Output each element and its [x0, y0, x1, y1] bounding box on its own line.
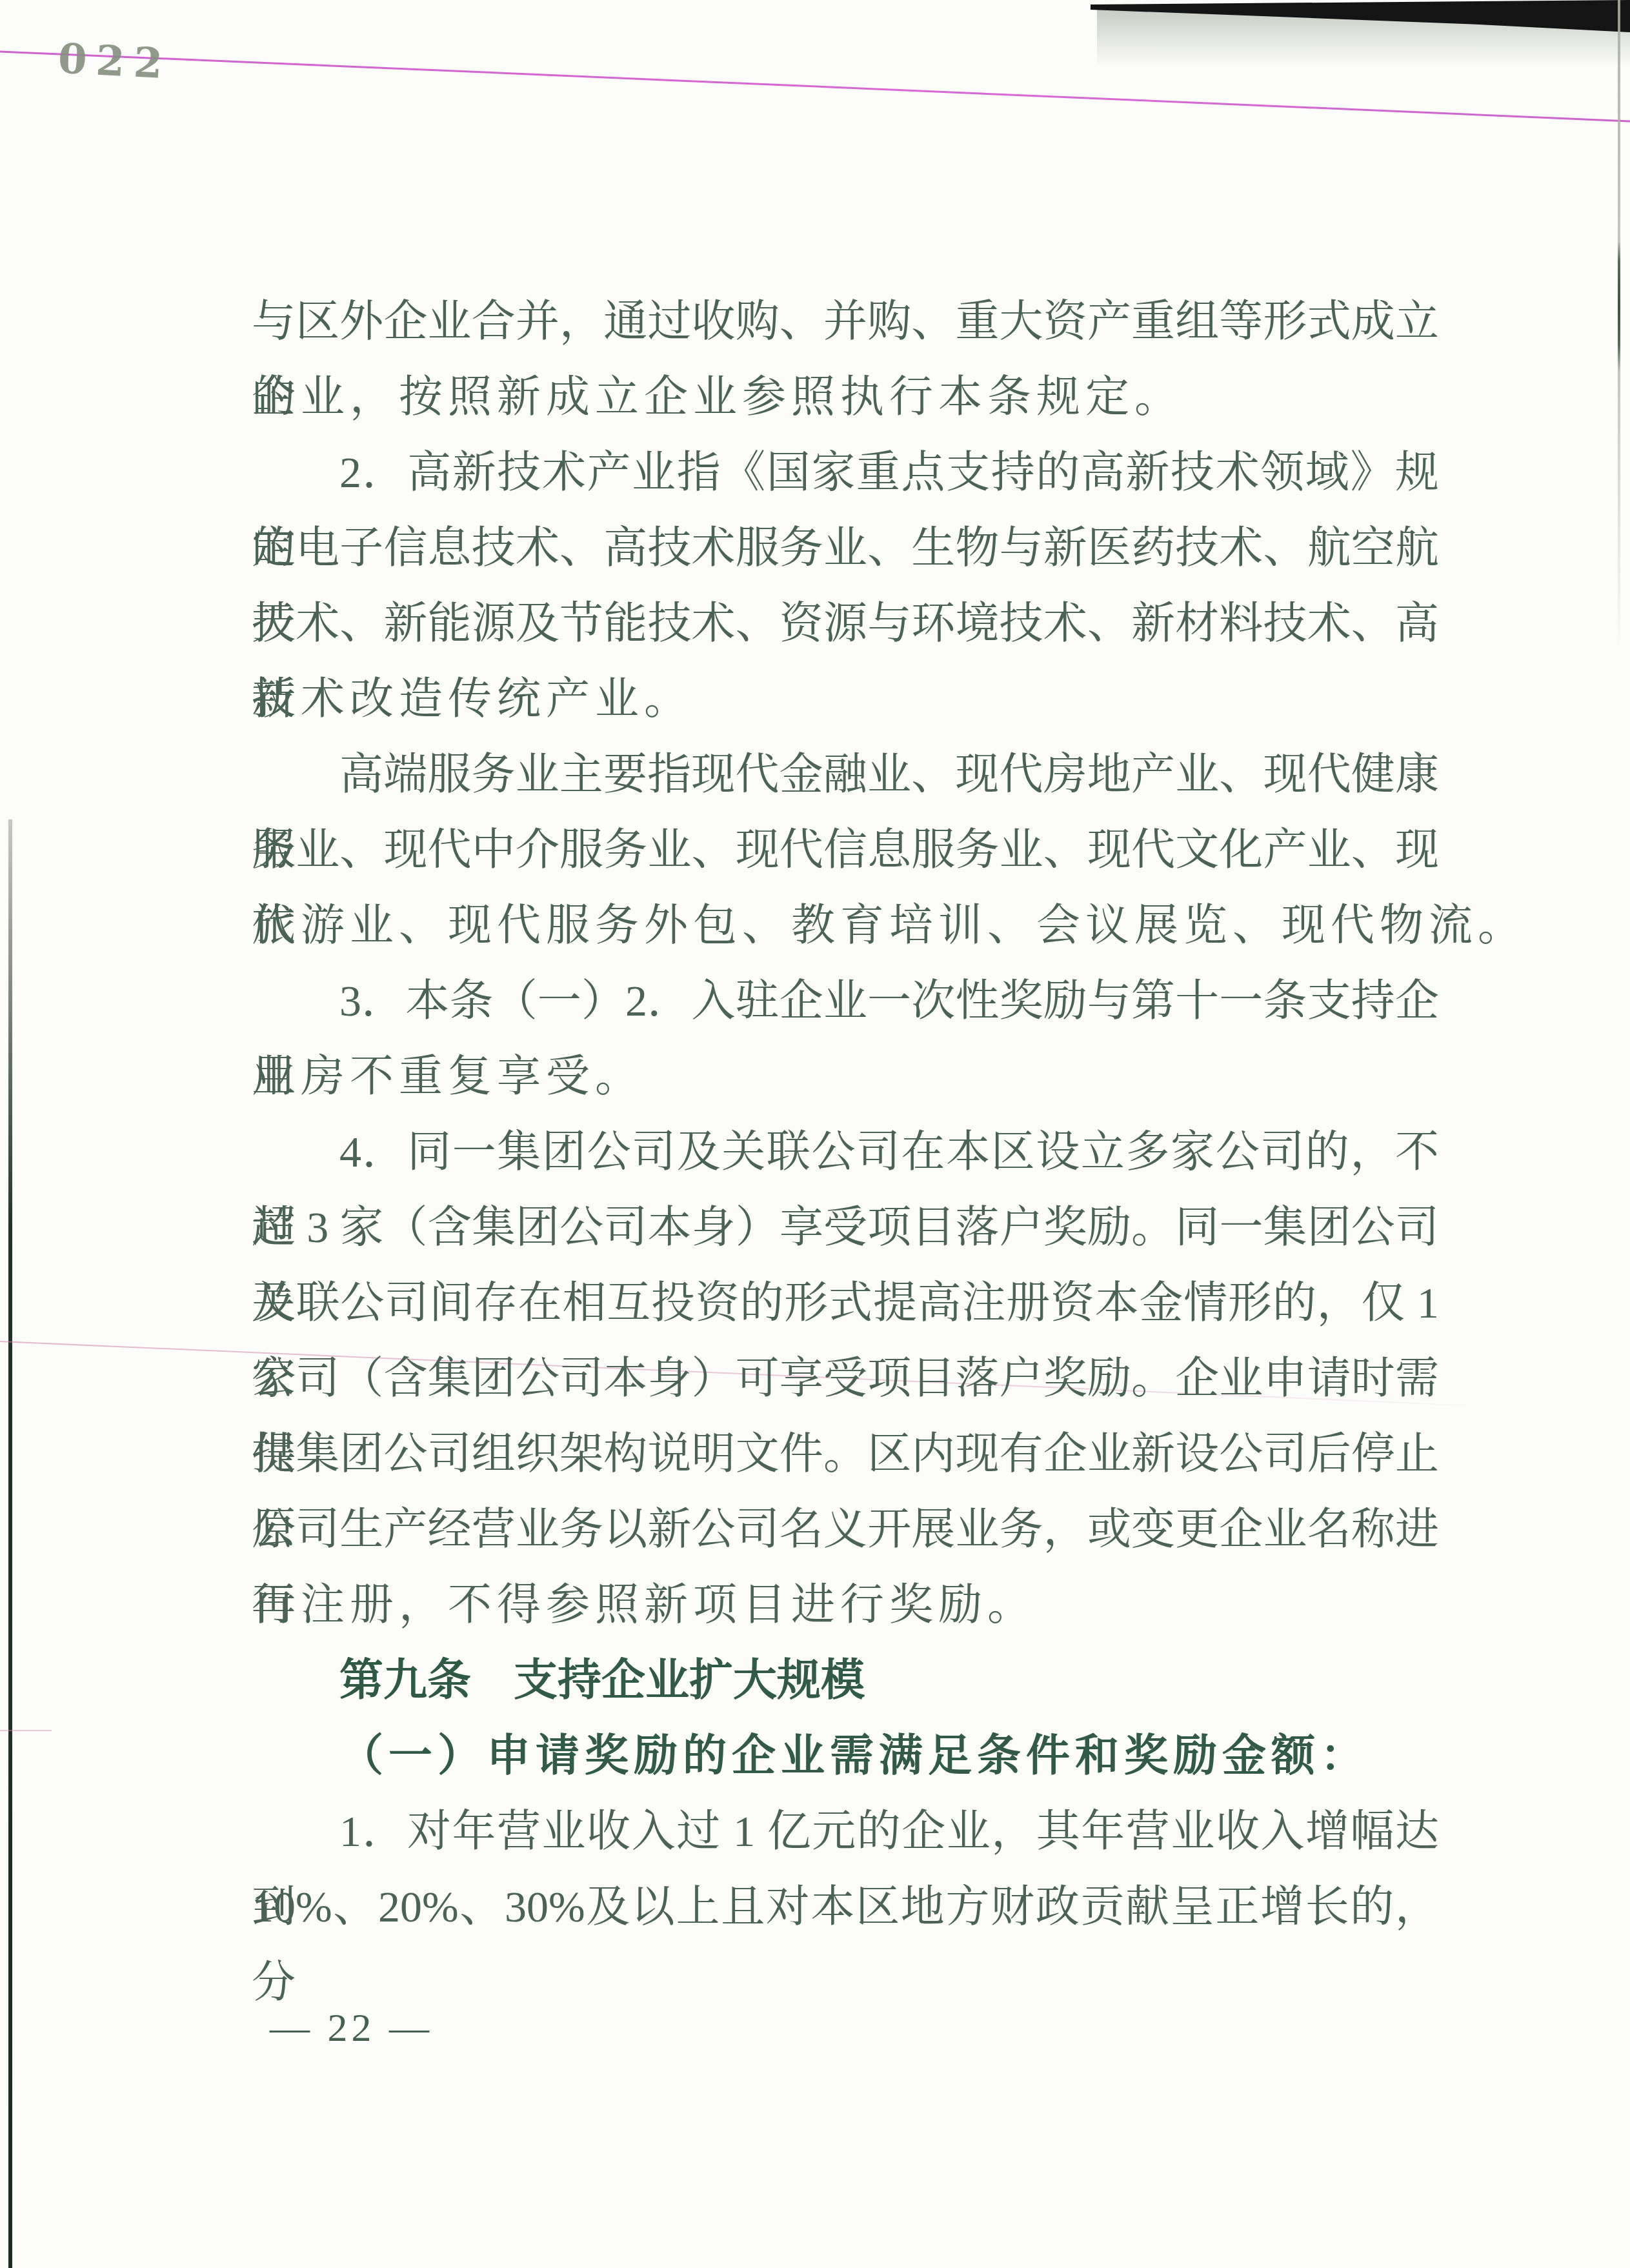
- scanned-document-page: { "page": { "stamp_number": "022", "foot…: [0, 0, 1630, 2268]
- text-line: 高端服务业主要指现代金融业、现代房地产业、现代健康服: [252, 737, 1439, 812]
- text-line: 4．同一集团公司及关联公司在本区设立多家公司的，不超: [252, 1114, 1439, 1190]
- page-number-stamp: 022: [57, 34, 172, 88]
- footer-page-number: — 22 —: [270, 2005, 433, 2051]
- text-line: 公司（含集团公司本身）可享受项目落户奖励。企业申请时需提: [252, 1341, 1439, 1416]
- left-scan-edge-line: [8, 819, 12, 2268]
- text-line: 技术改造传统产业。: [252, 661, 1439, 737]
- text-line: 1．对年营业收入过 1 亿元的企业，其年营业收入增幅达到: [252, 1794, 1439, 1869]
- text-line: 10%、20%、30%及以上且对本区地方财政贡献呈正增长的，分: [252, 1869, 1439, 1945]
- text-line: 旅游业、现代服务外包、教育培训、会议展览、现代物流。: [252, 888, 1439, 963]
- subsection-heading-line: （一）申请奖励的企业需满足条件和奖励金额：: [252, 1718, 1439, 1794]
- text-line: 过 3 家（含集团公司本身）享受项目落户奖励。同一集团公司及: [252, 1190, 1439, 1265]
- text-line: 公司生产经营业务以新公司名义开展业务，或变更企业名称进行: [252, 1492, 1439, 1567]
- text-line: 务业、现代中介服务业、现代信息服务业、现代文化产业、现代: [252, 812, 1439, 888]
- text-line: 技术、新能源及节能技术、资源与环境技术、新材料技术、高新: [252, 586, 1439, 661]
- text-line: 企业，按照新成立企业参照执行本条规定。: [252, 359, 1439, 435]
- article-heading-line: 第九条支持企业扩大规模: [252, 1643, 1439, 1718]
- text-line: 关联公司间存在相互投资的形式提高注册资本金情形的，仅 1 家: [252, 1265, 1439, 1341]
- right-scan-edge-line: [1618, 0, 1620, 652]
- paper-crease-tick: [0, 1730, 52, 1731]
- text-line: 的电子信息技术、高技术服务业、生物与新医药技术、航空航天: [252, 510, 1439, 586]
- text-line: 再注册，不得参照新项目进行奖励。: [252, 1567, 1439, 1643]
- article-title: 支持企业扩大规模: [514, 1656, 865, 1705]
- text-line: 2．高新技术产业指《国家重点支持的高新技术领域》规定: [252, 435, 1439, 510]
- text-line: 用房不重复享受。: [252, 1039, 1439, 1114]
- document-text-block: 与区外企业合并，通过收购、并购、重大资产重组等形式成立的 企业，按照新成立企业参…: [252, 284, 1439, 1945]
- article-number-label: 第九条: [339, 1656, 471, 1705]
- text-line: 3．本条（一）2．入驻企业一次性奖励与第十一条支持企业: [252, 963, 1439, 1039]
- text-line: 供集团公司组织架构说明文件。区内现有企业新设公司后停止原: [252, 1416, 1439, 1492]
- text-line: 与区外企业合并，通过收购、并购、重大资产重组等形式成立的: [252, 284, 1439, 359]
